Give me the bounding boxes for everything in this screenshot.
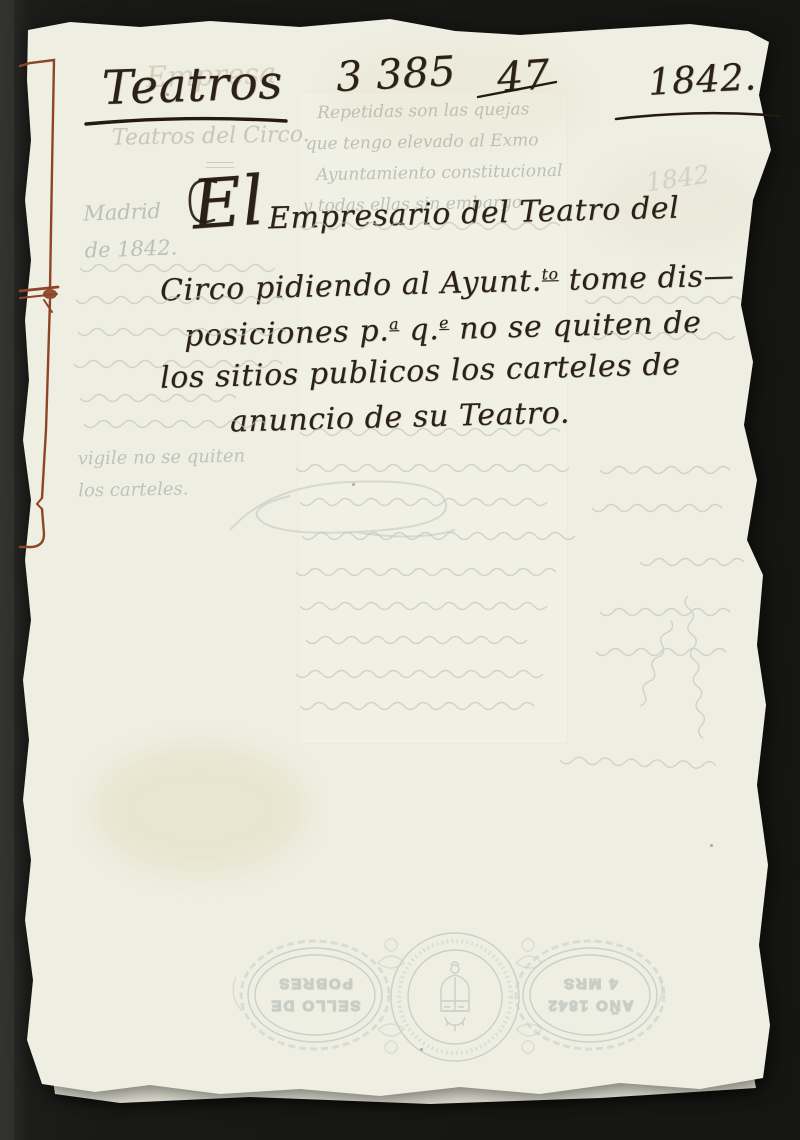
- flourished-initial: El: [189, 162, 267, 246]
- seal-left-text-2: POBRES: [277, 975, 352, 992]
- ink-speck: [710, 844, 713, 847]
- faded-text-line: Madrid: [83, 192, 177, 232]
- section-title: Teatros: [101, 55, 284, 116]
- faded-text-line: que tengo elevado al Exmo: [305, 125, 562, 160]
- faded-text-line: Ayuntamiento constitucional: [316, 156, 563, 191]
- manuscript-line: Circo pidiendo al Ayunt.to tome dis—: [160, 258, 735, 308]
- faded-ghost-subtitle: Teatros del Circo.: [112, 122, 310, 150]
- photograph-background: Empresa Teatros del Circo. Repetidas son…: [0, 0, 800, 1140]
- crowned-coat-of-arms-icon: [441, 962, 469, 1031]
- paper-stain: [95, 745, 305, 875]
- seal-left-oval: SELLO DE POBRES: [241, 941, 389, 1049]
- seal-center-circle: [391, 933, 519, 1061]
- faded-text-line: vigile no se quiten: [77, 441, 245, 476]
- registry-number-2: 47: [495, 50, 551, 102]
- revenue-seal: SELLO DE POBRES: [228, 925, 668, 1070]
- registry-number: 3 385: [335, 47, 457, 101]
- seal-right-text-1: AÑO 1842: [547, 997, 634, 1015]
- faded-text-line: de 1842.: [84, 229, 178, 269]
- year-heading: 1842.: [647, 55, 758, 104]
- faded-margin-note-tail: vigile no se quitenlos carteles.: [77, 441, 246, 508]
- faded-margin-note-head: Madridde 1842.: [83, 192, 178, 269]
- seal-left-text-1: SELLO DE: [269, 997, 360, 1014]
- seal-right-text-2: 4 MRS: [562, 975, 618, 992]
- faded-text-line: los carteles.: [78, 473, 246, 508]
- manuscript-line: posiciones p.a q.e no se quiten de: [184, 305, 702, 354]
- ink-speck: [352, 483, 355, 486]
- manuscript-line: los sitios publicos los carteles de: [160, 347, 681, 396]
